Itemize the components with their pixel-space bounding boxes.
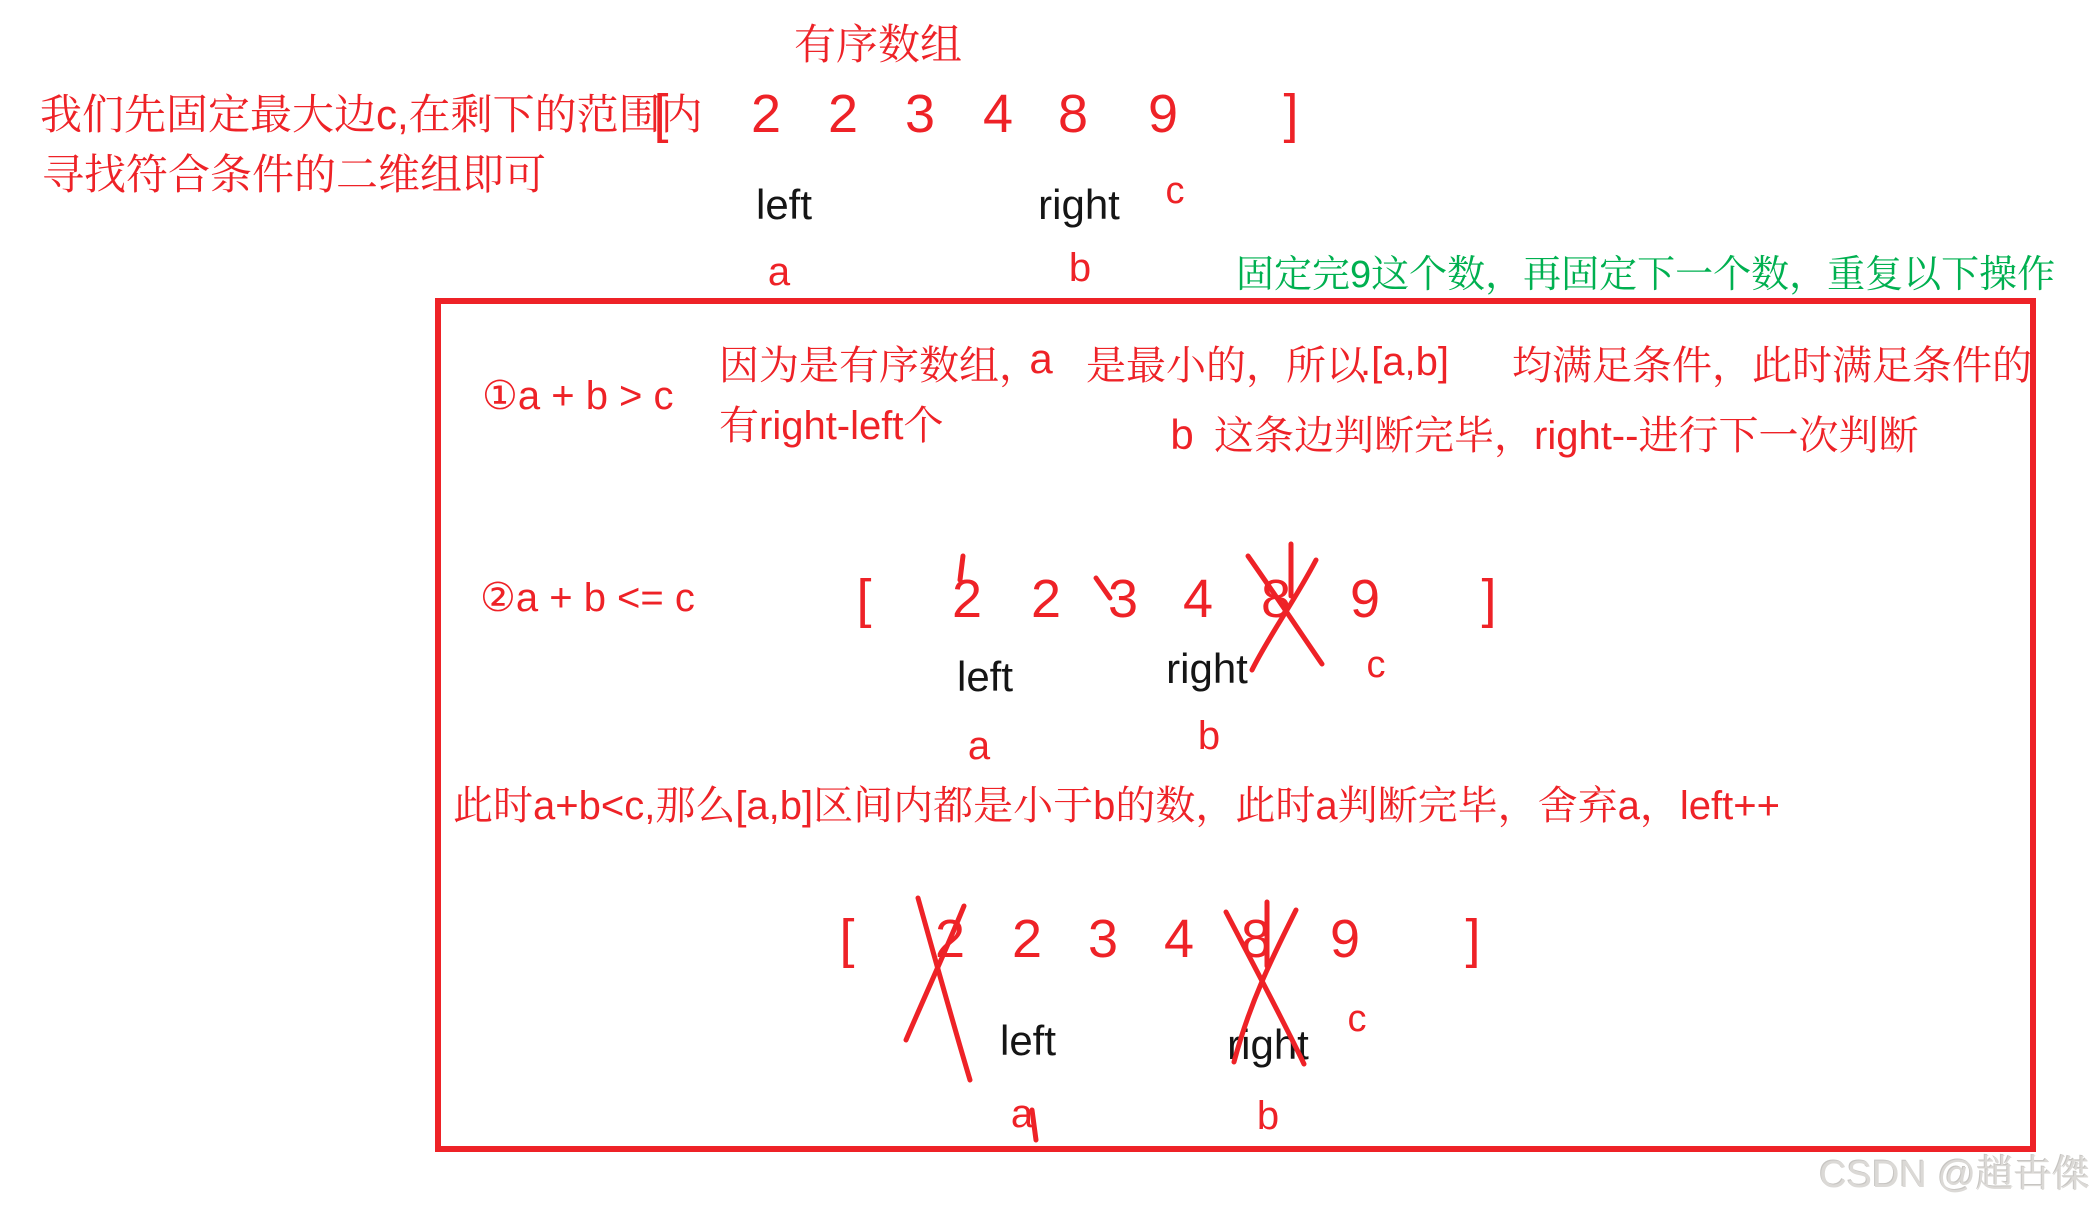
csdn-watermark: CSDN @趙卋傑 [1819,1156,2090,1194]
c-side-label: c [1348,1000,1367,1038]
array-top-value: 3 [905,87,935,141]
left-pointer-label: left [756,184,812,226]
note-line-2: 寻找符合条件的二维组即可 [42,154,546,196]
note-line-1: 我们先固定最大边c,在剩下的范围内 [40,94,703,136]
array-bottom-value: 4 [1164,912,1194,966]
a-side-label: a [968,726,990,766]
case2-conclusion: 此时a+b<c,那么[a,b]区间内都是小于b的数，此时a判断完毕，舍弃a，le… [453,786,1780,826]
array-mid-value: 3 [1108,572,1138,626]
right-pointer-label: right [1038,184,1120,226]
left-pointer-label: left [957,656,1013,698]
left-pointer-label: left [1000,1020,1056,1062]
array-mid-bracket-open: [ [856,572,871,626]
case1-formula: ①a + b > c [482,376,674,416]
array-top-value: 8 [1058,87,1088,141]
right-pointer-label: right [1166,648,1248,690]
c-side-label: c [1367,646,1386,684]
case1-line2-b: b [1170,414,1193,456]
case1-line1-seg3: 均满足条件，此时满足条件的 [1512,346,2032,386]
array-mid-value: 2 [1031,572,1061,626]
a-side-label: a [1011,1094,1033,1134]
array-bottom-value: 2 [1012,912,1042,966]
array-top-value: 2 [751,87,781,141]
diagram-title: 有序数组 [794,24,962,66]
array-mid-value-crossed: 8 [1261,572,1291,626]
array-mid-value: 2 [952,572,982,626]
array-bottom-value-crossed: 2 [935,912,965,966]
array-bottom-value: 3 [1088,912,1118,966]
array-top-value: 2 [828,87,858,141]
array-bottom-value-crossed: 8 [1241,912,1271,966]
right-pointer-label: right [1227,1024,1309,1066]
case1-line1-a: a [1029,338,1052,380]
array-mid-value: 9 [1350,572,1380,626]
case1-line1-interval: .[a,b] [1360,342,1449,382]
c-side-label: c [1166,172,1185,210]
b-side-label: b [1069,248,1091,288]
array-bottom-value: 9 [1330,912,1360,966]
array-top-value: 9 [1148,87,1178,141]
b-side-label: b [1257,1096,1279,1136]
case1-line1-seg2: 是最小的，所以 [1086,346,1366,386]
array-top-bracket-open: [ [653,87,668,141]
array-bottom-bracket-close: ] [1465,912,1480,966]
array-bottom-bracket-open: [ [839,912,854,966]
array-top-bracket-close: ] [1283,87,1298,141]
case1-line2-seg2: 这条边判断完毕，right--进行下一次判断 [1214,416,1918,456]
array-top-value: 4 [983,87,1013,141]
a-side-label: a [768,252,790,292]
case2-formula: ②a + b <= c [480,578,695,618]
case1-line2-seg1: 有right-left个 [719,406,944,446]
b-side-label: b [1198,716,1220,756]
array-mid-bracket-close: ] [1481,572,1496,626]
array-mid-value: 4 [1183,572,1213,626]
green-note: 固定完9这个数，再固定下一个数，重复以下操作 [1236,256,2055,294]
case1-line1-seg1: 因为是有序数组， [719,346,1039,386]
annotated-diagram: 有序数组 我们先固定最大边c,在剩下的范围内 寻找符合条件的二维组即可 [ 2 … [0,0,2098,1208]
